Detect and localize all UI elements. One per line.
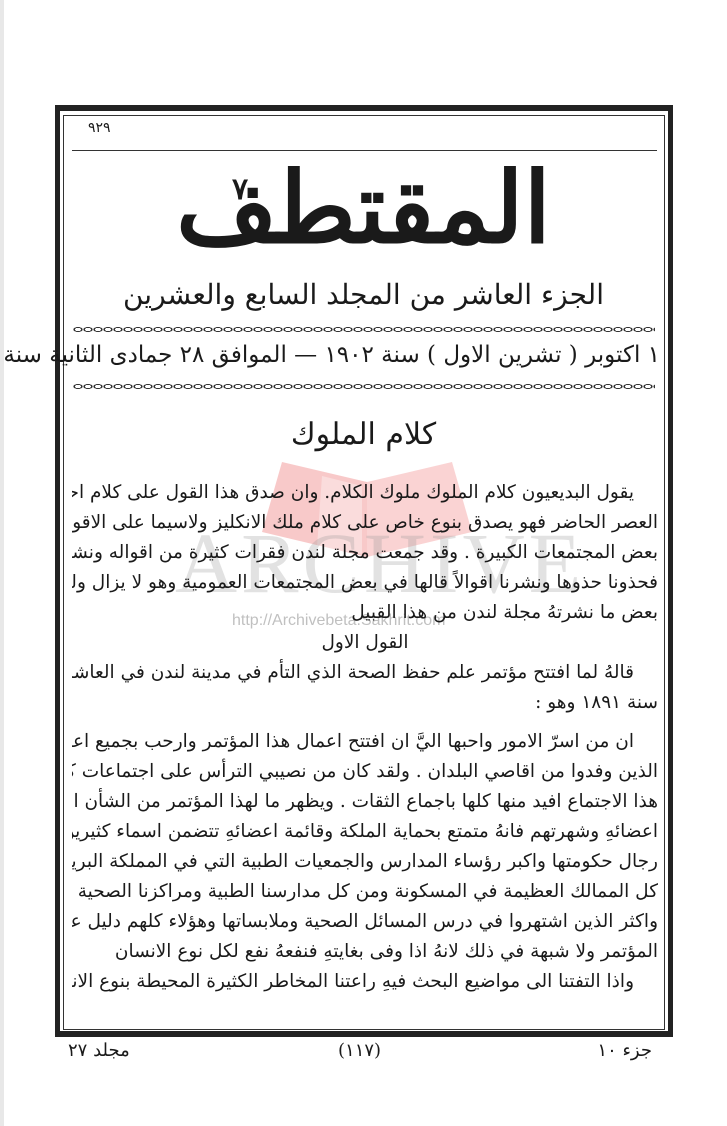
speech-line: رجال حكومتها واكبر رؤساء المدارس والجمعي… [72,847,658,877]
body-line: فحذونا حذوها ونشرنا اقوالاً قالها في بعض… [72,568,658,598]
body-line: بعض المجتمعات الكبيرة . وقد جمعت مجلة لن… [72,538,658,568]
speech-line: واكثر الذين اشتهروا في درس المسائل الصحي… [72,907,658,937]
speech-line: الذين وفدوا من اقاصي البلدان . ولقد كان … [72,757,658,787]
body-line: العصر الحاضر فهو يصدق بنوع خاص على كلام … [72,508,658,538]
body-line: قالهُ لما افتتح مؤتمر علم حفظ الصحة الذي… [72,658,658,688]
section-heading: القول الاول [72,628,658,658]
page-number: ٩٢٩ [88,120,111,136]
footer-page-number: (١١٧) [338,1040,381,1061]
chain-divider-top [73,326,655,333]
speech-line: هذا الاجتماع افيد منها كلها باجماع الثقا… [72,787,658,817]
article-body: يقول البديعيون كلام الملوك ملوك الكلام. … [72,478,658,997]
body-line: يقول البديعيون كلام الملوك ملوك الكلام. … [72,478,658,508]
chain-divider-bottom [73,383,655,390]
body-line: سنة ١٨٩١ وهو : [72,688,658,718]
speech-line: المؤتمر ولا شبهة في ذلك لانهُ اذا وفى بغ… [72,937,658,967]
masthead-volume-mark: ٧ [232,172,248,207]
speech-line: كل الممالك العظيمة في المسكونة ومن كل مد… [72,877,658,907]
masthead-title: المقتطف [0,155,727,263]
page-footer: جزء ١٠ (١١٧) مجلد ٢٧ [60,1040,670,1068]
speech-line: ان من اسرّ الامور واحبها اليَّ ان افتتح … [72,727,658,757]
footer-part-number: جزء ١٠ [597,1040,652,1061]
closing-line: واذا التفتنا الى مواضيع البحث فيهِ راعتن… [72,967,658,997]
issue-subtitle: الجزء العاشر من المجلد السابع والعشرين [0,278,727,312]
body-line: بعض ما نشرتهُ مجلة لندن من هذا القبيل [72,598,658,628]
speech-line: اعضائهِ وشهرتهم فانهُ متمتع بحماية الملك… [72,817,658,847]
footer-volume-number: مجلد ٢٧ [68,1040,130,1061]
dateline: ١ اكتوبر ( تشرين الاول ) سنة ١٩٠٢ — المو… [70,340,660,370]
article-title: كلام الملوك [0,415,727,455]
